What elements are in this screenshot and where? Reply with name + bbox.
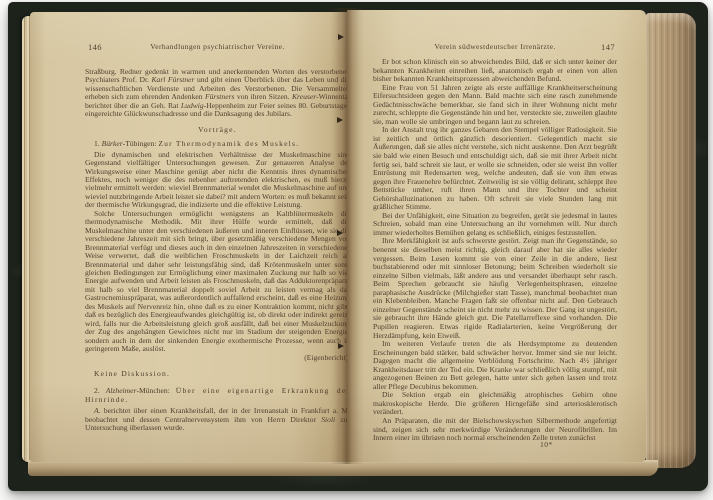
text-run: Solche Untersuchungen ermöglicht wenigst…	[85, 209, 347, 353]
text-block: Straßburg. Redner gedenkt in warmen und …	[85, 68, 347, 119]
text-run: -München:	[136, 386, 175, 395]
page-edges-right	[646, 13, 696, 468]
text-block: Bei der Unfähigkeit, eine Situation zu b…	[373, 212, 617, 238]
text-block: In der Anstalt trug ihr ganzes Gebaren d…	[373, 126, 617, 211]
text-run: An Präparaten, die mit der Bielschowskys…	[373, 416, 617, 440]
text-run: Zur Thermodynamik des Muskels.	[158, 139, 299, 148]
text-run: Ihre Merkfähigkeit ist aufs schwerste ge…	[373, 236, 617, 339]
text-block: (Eigenbericht).	[85, 354, 347, 362]
text-run: Bei der Unfähigkeit, eine Situation zu b…	[373, 211, 617, 237]
text-run: Vorträge.	[198, 125, 237, 134]
text-block: A. berichtet über einen Krankheitsfall, …	[85, 407, 347, 432]
text-block: Eine Frau von 51 Jahren zeigte als erste…	[373, 84, 617, 127]
left-running-head: Verhandlungen psychiatrischer Vereine.	[85, 42, 347, 51]
signature-mark: 10*	[540, 440, 553, 449]
text-run: Die dynamischen und elektrischen Verhält…	[85, 150, 347, 210]
stitch-mark	[338, 343, 344, 349]
left-page-number: 146	[88, 42, 102, 52]
text-block: Keine Diskussion.	[85, 370, 347, 378]
left-page-text: Straßburg. Redner gedenkt in warmen und …	[85, 68, 347, 462]
text-block: An Präparaten, die mit der Bielschowskys…	[373, 417, 617, 440]
text-block: Die dynamischen und elektrischen Verhält…	[85, 151, 347, 210]
text-run: -Tübingen:	[123, 139, 159, 148]
text-run: Keine Diskussion.	[94, 369, 170, 378]
text-block: 2. Alzheimer-München: Über eine eigenart…	[85, 387, 347, 404]
right-page-number: 147	[601, 42, 615, 52]
text-block: Solche Untersuchungen ermöglicht wenigst…	[85, 210, 347, 354]
text-run: Die Sektion ergab ein gleichmäßig atroph…	[373, 390, 617, 416]
text-run: Im weiteren Verlaufe treten die als Herd…	[373, 339, 617, 391]
left-page-header: 146 Verhandlungen psychiatrischer Verein…	[85, 42, 347, 51]
page-edges-bottom	[28, 460, 658, 476]
text-run: Eine Frau von 51 Jahren zeigte als erste…	[373, 83, 617, 126]
text-block: Vorträge.	[85, 126, 347, 134]
text-block: 1. Bürker-Tübingen: Zur Thermodynamik de…	[85, 140, 347, 148]
text-run: Er bot schon klinisch ein so abweichende…	[373, 58, 617, 83]
text-run: 1.	[94, 139, 102, 148]
text-run: berichtet über einen Krankheitsfall, der…	[85, 406, 347, 423]
right-page: Verein südwestdeutscher Irrenärzte. 147 …	[347, 10, 646, 462]
text-block: Er bot schon klinisch ein so abweichende…	[373, 58, 617, 84]
text-run: (Eigenbericht).	[304, 353, 347, 362]
right-page-header: Verein südwestdeutscher Irrenärzte. 147	[373, 42, 617, 51]
right-running-head: Verein südwestdeutscher Irrenärzte.	[373, 42, 617, 51]
right-page-text: Er bot schon klinisch ein so abweichende…	[373, 58, 617, 440]
stitch-mark	[337, 117, 343, 123]
stitch-mark	[338, 34, 344, 40]
stitch-mark	[337, 230, 343, 236]
photo-background: 146 Verhandlungen psychiatrischer Verein…	[0, 0, 713, 500]
left-page: 146 Verhandlungen psychiatrischer Verein…	[30, 12, 347, 462]
text-block: Ihre Merkfähigkeit ist aufs schwerste ge…	[373, 237, 617, 340]
text-block: Die Sektion ergab ein gleichmäßig atroph…	[373, 391, 617, 417]
text-block: Im weiteren Verlaufe treten die als Herd…	[373, 340, 617, 391]
text-run: In der Anstalt trug ihr ganzes Gebaren d…	[373, 125, 617, 211]
text-run: Bürker	[102, 139, 123, 148]
text-run: Sioli	[321, 415, 335, 424]
